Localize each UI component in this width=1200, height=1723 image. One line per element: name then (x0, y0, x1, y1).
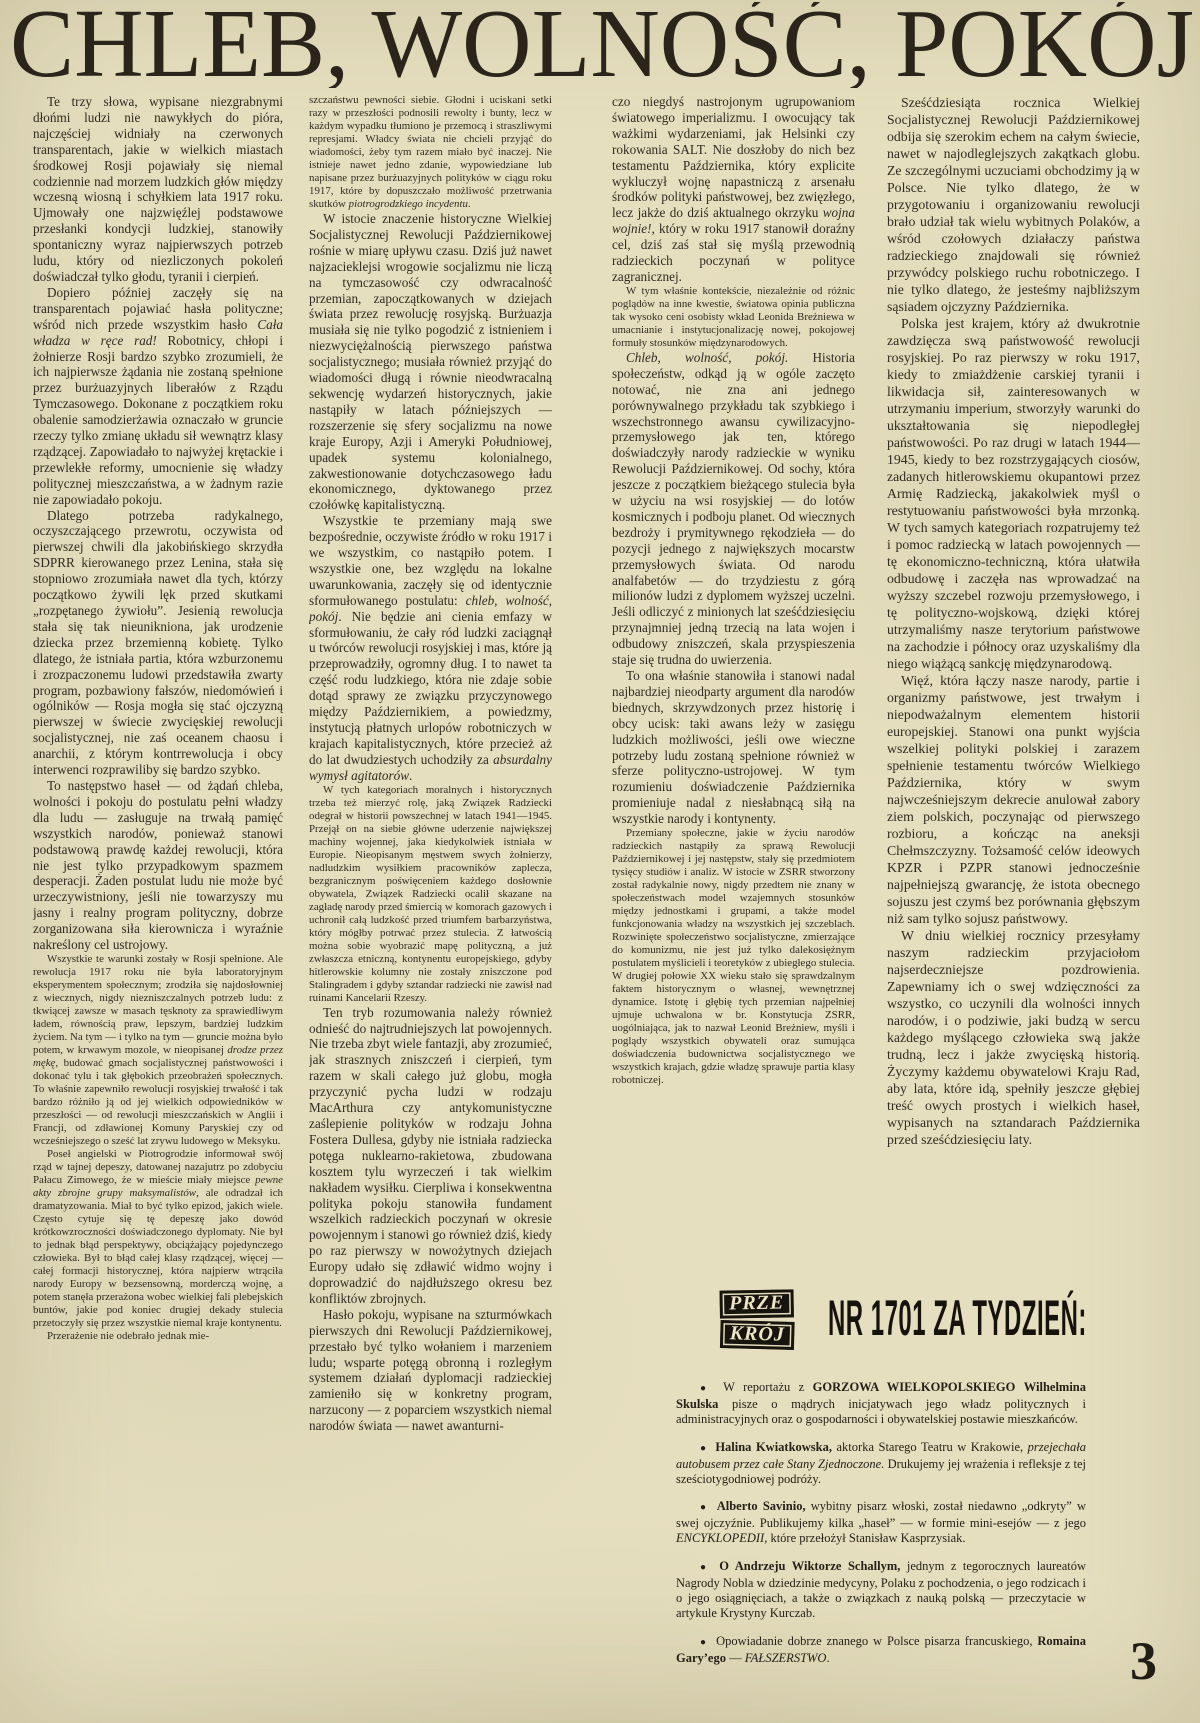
bullet-icon: ● (700, 1383, 723, 1394)
column-1: Te trzy słowa, wypisane niezgrabnymi dło… (33, 94, 283, 1676)
page-headline: CHLEB, WOLNOŚĆ, POKÓJ (10, 2, 1194, 88)
headline-text: CHLEB, WOLNOŚĆ, POKÓJ (10, 2, 1194, 88)
article-paragraph: W tym właśnie kontekście, niezależnie od… (612, 285, 855, 350)
article-paragraph: Wszystkie te przemiany mają swe bezpośre… (309, 513, 552, 783)
article-paragraph: Przemiany społeczne, jakie w życiu narod… (612, 827, 855, 1087)
article-paragraph: czo niegdyś nastrojonym ugrupowaniom świ… (612, 94, 855, 285)
page-number: 3 (1130, 1630, 1157, 1692)
article-paragraph: W tych kategoriach moralnych i historycz… (309, 784, 552, 1005)
article-paragraph: Poseł angielski w Piotrogrodzie informow… (33, 1148, 283, 1330)
article-paragraph: To następstwo haseł — od żądań chleba, w… (33, 778, 283, 953)
next-issue-item: ● O Andrzeju Wiktorze Schallym, jednym z… (676, 1559, 1086, 1621)
newspaper-page: CHLEB, WOLNOŚĆ, POKÓJ Te trzy słowa, wyp… (0, 0, 1200, 1723)
next-issue-item: ● Opowiadanie dobrze znanego w Polsce pi… (676, 1634, 1086, 1666)
article-paragraph: szczaństwu pewności siebie. Głodni i uci… (309, 94, 552, 211)
bullet-icon: ● (700, 1562, 719, 1573)
article-paragraph: W istocie znaczenie historyczne Wielkiej… (309, 211, 552, 513)
article-paragraph: To ona właśnie stanowiła i stanowi nadal… (612, 668, 855, 827)
przekroj-logo-line1: PRZE (719, 1289, 793, 1318)
next-issue-heading: NR 1701 ZA TYDZIEŃ: (828, 1293, 1087, 1343)
article-paragraph: Sześćdziesiąta rocznica Wielkiej Socjali… (887, 94, 1140, 315)
column-4: Sześćdziesiąta rocznica Wielkiej Socjali… (887, 94, 1140, 1272)
article-paragraph: Chleb, wolność, pokój. Historia społecze… (612, 350, 855, 668)
article-paragraph: Wszystkie te warunki zostały w Rosji spe… (33, 953, 283, 1148)
bullet-icon: ● (700, 1443, 715, 1454)
headline-svg: CHLEB, WOLNOŚĆ, POKÓJ (10, 2, 1194, 88)
article-paragraph: Te trzy słowa, wypisane niezgrabnymi dło… (33, 94, 283, 285)
bullet-icon: ● (700, 1637, 716, 1648)
przekroj-logo: PRZE KRÓJ (719, 1289, 794, 1349)
article-paragraph: W dniu wielkiej rocznicy przesyłamy nasz… (887, 927, 1140, 1148)
next-issue-item: ● Halina Kwiatkowska, aktorka Starego Te… (676, 1440, 1086, 1487)
article-paragraph: Hasło pokoju, wypisane na szturmówkach p… (309, 1307, 552, 1434)
column-3: czo niegdyś nastrojonym ugrupowaniom świ… (612, 94, 855, 1278)
article-paragraph: Więź, która łączy nasze narody, partie i… (887, 672, 1140, 927)
article-paragraph: Polska jest krajem, który aż dwukrotnie … (887, 315, 1140, 672)
next-issue-list: ● W reportażu z GORZOWA WIELKOPOLSKIEGO … (676, 1380, 1086, 1679)
article-paragraph: Przerażenie nie odebrało jednak mie- (33, 1330, 283, 1343)
next-issue-item: ● Alberto Savinio, wybitny pisarz włoski… (676, 1499, 1086, 1546)
article-paragraph: Dlatego potrzeba radykalnego, oczyszczaj… (33, 508, 283, 778)
przekroj-logo-line2: KRÓJ (720, 1320, 795, 1350)
article-paragraph: Dopiero później zaczęły się na transpare… (33, 285, 283, 508)
bullet-icon: ● (700, 1502, 717, 1513)
column-2: szczaństwu pewności siebie. Głodni i uci… (309, 94, 552, 1676)
next-issue-item: ● W reportażu z GORZOWA WIELKOPOLSKIEGO … (676, 1380, 1086, 1427)
article-paragraph: Ten tryb rozumowania należy również odni… (309, 1005, 552, 1307)
